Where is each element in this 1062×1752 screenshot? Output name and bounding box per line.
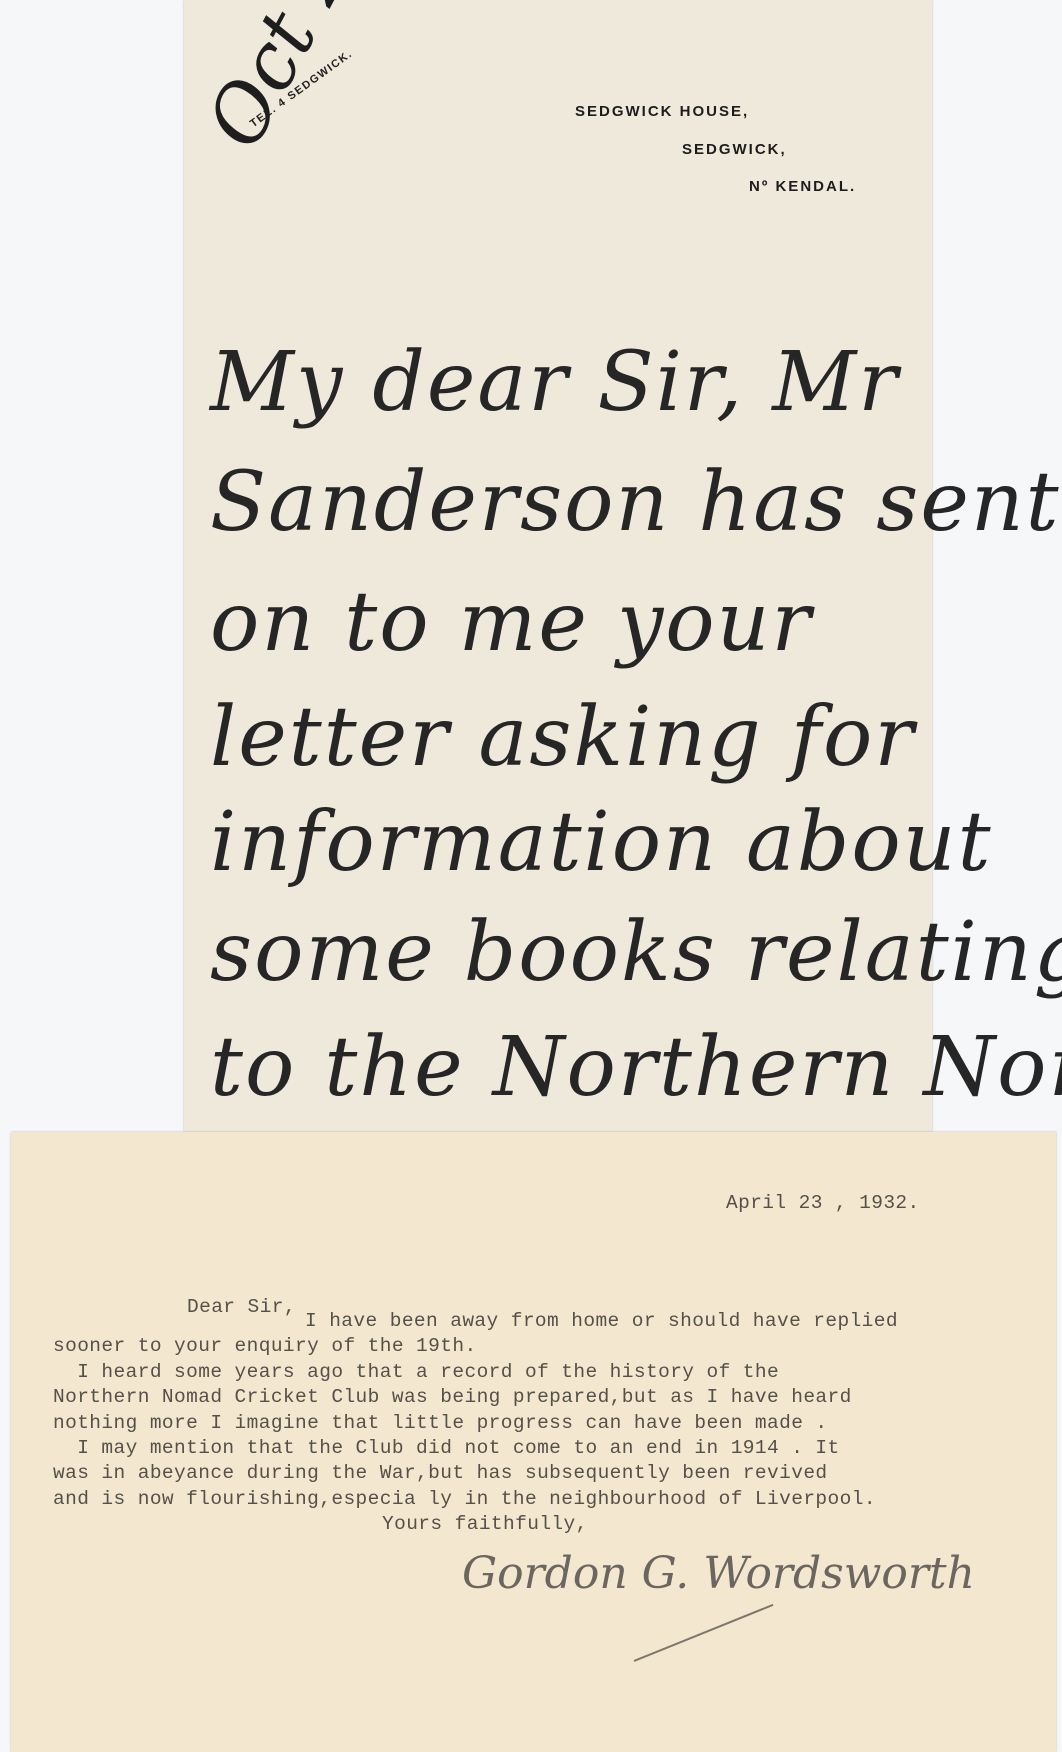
handwritten-line: to the Northern Nomad bbox=[210, 1020, 1062, 1115]
typed-line: was in abeyance during the War,but has s… bbox=[53, 1462, 828, 1484]
typed-line: Northern Nomad Cricket Club was being pr… bbox=[53, 1386, 852, 1408]
handwritten-line: Sanderson has sent bbox=[210, 455, 1061, 550]
typed-closing: Yours faithfully, bbox=[382, 1513, 588, 1535]
handwritten-line: on to me your bbox=[210, 575, 813, 670]
typed-line: I have been away from home or should hav… bbox=[305, 1310, 898, 1332]
typed-line: and is now flourishing,especia ly in the… bbox=[53, 1488, 876, 1510]
typed-salutation: Dear Sir, bbox=[187, 1296, 296, 1318]
handwritten-line: some books relating bbox=[210, 905, 1062, 1000]
letterhead-address-line-1: SEDGWICK HOUSE, bbox=[575, 103, 749, 120]
typed-line: sooner to your enquiry of the 19th. bbox=[53, 1335, 477, 1357]
letterhead-address-line-2: SEDGWICK, bbox=[682, 141, 787, 158]
handwritten-line: letter asking for bbox=[210, 690, 916, 785]
handwritten-line: information about bbox=[210, 795, 993, 890]
letterhead-address-line-3: Nº KENDAL. bbox=[749, 178, 856, 195]
handwritten-line: My dear Sir, Mr bbox=[210, 335, 899, 430]
signature: Gordon G. Wordsworth bbox=[462, 1548, 975, 1599]
typed-line: nothing more I imagine that little progr… bbox=[53, 1412, 828, 1434]
typed-line: I heard some years ago that a record of … bbox=[53, 1361, 779, 1383]
typed-line: I may mention that the Club did not come… bbox=[53, 1437, 840, 1459]
typed-date: April 23 , 1932. bbox=[726, 1192, 920, 1214]
